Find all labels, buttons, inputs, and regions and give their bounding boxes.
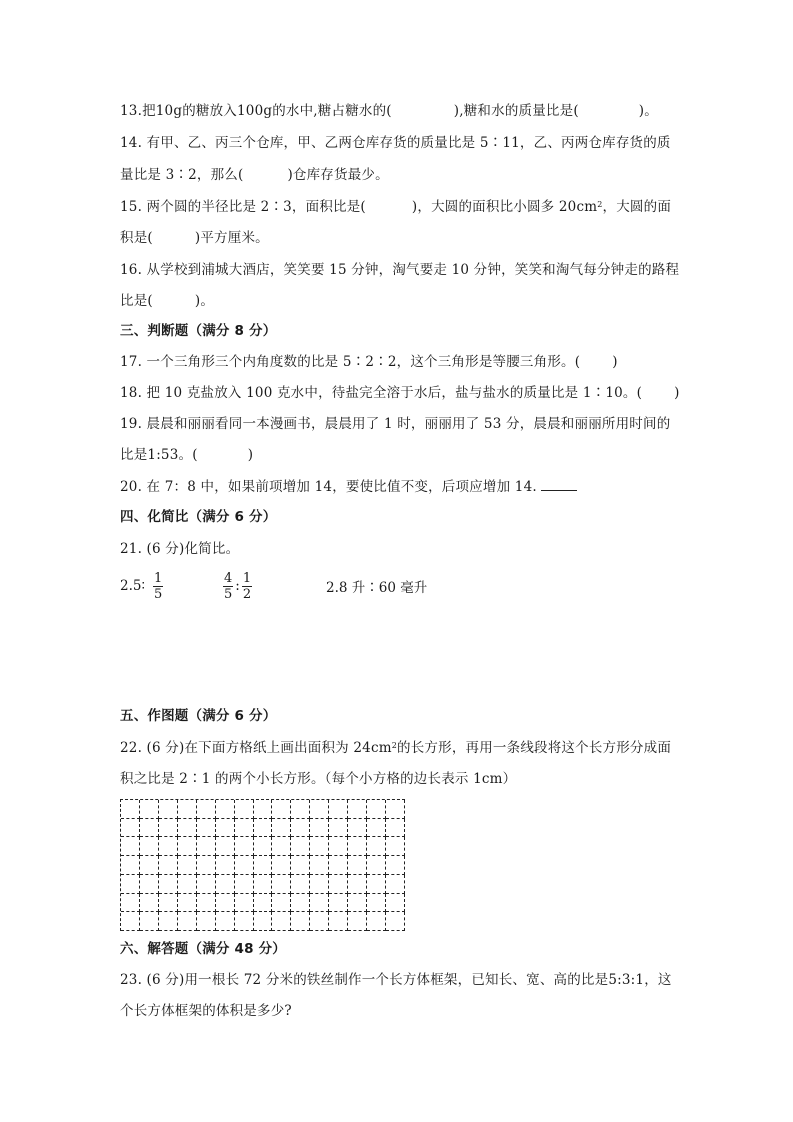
grid-cell <box>254 856 273 875</box>
grid-cell <box>121 894 140 913</box>
grid-cell <box>367 875 386 894</box>
grid-cell <box>254 875 273 894</box>
grid-cell <box>329 837 348 856</box>
grid-cell <box>178 856 197 875</box>
question-14-line-1: 14. 有甲、乙、丙三个仓库，甲、乙两仓库存货的质量比是 5∶11，乙、丙两仓库… <box>120 134 680 152</box>
fraction-numerator: 4 <box>223 572 233 587</box>
graph-paper-grid[interactable] <box>120 799 405 931</box>
grid-cell <box>254 894 273 913</box>
q21-expr2-fraction-2: 1 2 <box>242 572 252 601</box>
grid-cell <box>310 837 329 856</box>
grid-cell <box>159 800 178 819</box>
q22-text-a: 22. (6 分)在下面方格纸上画出面积为 24cm <box>120 740 392 756</box>
grid-cell <box>216 800 235 819</box>
grid-cell <box>140 856 159 875</box>
grid-cell <box>235 894 254 913</box>
grid-cell <box>216 894 235 913</box>
grid-cell <box>178 912 197 931</box>
q13-text-1: 13.把10g的糖放入100g的水中,糖占糖水的( <box>120 103 392 119</box>
question-20: 20. 在 7：8 中，如果前项增加 14，要使比值不变，后项应增加 14. <box>120 478 680 496</box>
q18-close: ) <box>674 385 679 401</box>
grid-cell <box>159 912 178 931</box>
q22-superscript: 2 <box>392 741 397 750</box>
q17-text: 17. 一个三角形三个内角度数的比是 5∶2∶2，这个三角形是等腰三角形。( <box>120 354 580 370</box>
fraction-denominator: 5 <box>223 587 233 601</box>
q15-text-b: )，大圆的面积比小圆多 20cm <box>412 199 597 215</box>
grid-cell <box>272 912 291 931</box>
grid-cell <box>235 912 254 931</box>
q15-text-c: ，大圆的面 <box>603 199 672 215</box>
grid-cell <box>272 819 291 838</box>
grid-cell <box>386 912 405 931</box>
question-14-line-2: 量比是 3∶2，那么()仓库存货最少。 <box>120 166 680 184</box>
grid-cell <box>216 837 235 856</box>
grid-cell <box>272 837 291 856</box>
grid-cell <box>348 837 367 856</box>
grid-cell <box>178 837 197 856</box>
grid-cell <box>348 894 367 913</box>
q13-text-3: )。 <box>639 103 658 119</box>
grid-cell <box>367 837 386 856</box>
question-15-line-2: 积是()平方厘米。 <box>120 229 680 247</box>
grid-cell <box>329 894 348 913</box>
grid-cell <box>367 856 386 875</box>
fraction-numerator: 1 <box>242 572 252 587</box>
grid-cell <box>291 800 310 819</box>
fraction-denominator: 5 <box>153 587 163 601</box>
grid-cell <box>140 912 159 931</box>
q21-expression-3: 2.8 升∶60 毫升 <box>326 571 427 601</box>
grid-cell <box>291 912 310 931</box>
q20-text: 20. 在 7：8 中，如果前项增加 14，要使比值不变，后项应增加 14. <box>120 479 537 495</box>
grid-cell <box>159 837 178 856</box>
grid-cell <box>386 800 405 819</box>
grid-cell <box>386 894 405 913</box>
q19-close: ) <box>248 447 253 463</box>
grid-cell <box>140 894 159 913</box>
q18-text: 18. 把 10 克盐放入 100 克水中，待盐完全溶于水后，盐与盐水的质量比是… <box>120 385 642 401</box>
q21-expr1-fraction: 1 5 <box>153 572 163 601</box>
q21-expression-2: 4 5 : 1 2 <box>223 571 252 601</box>
grid-cell <box>348 800 367 819</box>
grid-cell <box>121 800 140 819</box>
question-17: 17. 一个三角形三个内角度数的比是 5∶2∶2，这个三角形是等腰三角形。() <box>120 353 680 371</box>
q16-text-a: 比是( <box>120 293 153 309</box>
q15-text-a: 15. 两个圆的半径比是 2∶3，面积比是( <box>120 199 366 215</box>
grid-cell <box>197 875 216 894</box>
q15-text-e: )平方厘米。 <box>195 230 269 246</box>
section-4-heading: 四、化简比（满分 6 分） <box>120 508 680 526</box>
q22-text-b: 的长方形，再用一条线段将这个长方形分成面 <box>397 740 671 756</box>
grid-cell <box>140 875 159 894</box>
q21-expr1-left: 2.5∶ <box>120 578 145 594</box>
grid-cell <box>329 875 348 894</box>
grid-cell <box>310 856 329 875</box>
grid-cell <box>291 856 310 875</box>
grid-cell <box>121 912 140 931</box>
grid-cell <box>291 819 310 838</box>
grid-cell <box>235 856 254 875</box>
grid-cell <box>140 800 159 819</box>
grid-cell <box>235 819 254 838</box>
grid-cell <box>121 837 140 856</box>
q14-text-b: )仓库存货最少。 <box>287 167 388 183</box>
grid-cell <box>140 819 159 838</box>
grid-cell <box>310 875 329 894</box>
grid-cell <box>178 800 197 819</box>
grid-cell <box>140 837 159 856</box>
grid-cell <box>386 819 405 838</box>
question-19-line-2: 比是1:53。() <box>120 446 680 464</box>
question-22-line-1: 22. (6 分)在下面方格纸上画出面积为 24cm2的长方形，再用一条线段将这… <box>120 739 680 757</box>
grid-cell <box>197 856 216 875</box>
grid-cell <box>216 819 235 838</box>
grid-cell <box>254 912 273 931</box>
grid-cell <box>329 856 348 875</box>
grid-cell <box>178 819 197 838</box>
grid-cell <box>348 856 367 875</box>
question-23-line-1: 23. (6 分)用一根长 72 分米的铁丝制作一个长方体框架，已知长、宽、高的… <box>120 971 680 989</box>
grid-cell <box>291 837 310 856</box>
grid-cell <box>348 819 367 838</box>
section-3-heading: 三、判断题（满分 8 分） <box>120 322 680 340</box>
grid-cell <box>329 912 348 931</box>
grid-cell <box>121 819 140 838</box>
grid-cell <box>329 800 348 819</box>
grid-cell <box>121 875 140 894</box>
q15-superscript: 2 <box>597 200 602 209</box>
grid-cell <box>235 837 254 856</box>
grid-cell <box>216 875 235 894</box>
grid-cell <box>197 912 216 931</box>
grid-cell <box>197 837 216 856</box>
section-5-heading: 五、作图题（满分 6 分） <box>120 707 680 725</box>
grid-cell <box>310 800 329 819</box>
question-15-line-1: 15. 两个圆的半径比是 2∶3，面积比是()，大圆的面积比小圆多 20cm2，… <box>120 198 680 216</box>
q21-expression-1: 2.5∶ 1 5 <box>120 571 163 601</box>
grid-cell <box>367 894 386 913</box>
question-16-line-1: 16. 从学校到浦城大酒店，笑笑要 15 分钟，淘气要走 10 分钟，笑笑和淘气… <box>120 261 680 279</box>
grid-cell <box>386 837 405 856</box>
question-16-line-2: 比是()。 <box>120 292 680 310</box>
q21-expr2-separator: : <box>235 578 240 594</box>
grid-cell <box>329 819 348 838</box>
grid-cell <box>254 819 273 838</box>
grid-cell <box>291 894 310 913</box>
grid-cell <box>216 912 235 931</box>
grid-cell <box>310 894 329 913</box>
grid-cell <box>367 912 386 931</box>
grid-cell <box>254 800 273 819</box>
q14-text-a: 量比是 3∶2，那么( <box>120 167 243 183</box>
fraction-numerator: 1 <box>153 572 163 587</box>
question-23-line-2: 个长方体框架的体积是多少? <box>120 1002 680 1020</box>
q15-text-d: 积是( <box>120 230 153 246</box>
grid-cell <box>159 856 178 875</box>
fraction-denominator: 2 <box>242 587 252 601</box>
grid-cell <box>178 894 197 913</box>
question-13: 13.把10g的糖放入100g的水中,糖占糖水的(),糖和水的质量比是()。 <box>120 102 680 120</box>
q21-expr2-fraction-1: 4 5 <box>223 572 233 601</box>
grid-cell <box>272 894 291 913</box>
grid-cell <box>386 875 405 894</box>
q16-text-b: )。 <box>195 293 214 309</box>
grid-cell <box>197 800 216 819</box>
question-22-line-2: 积之比是 2∶1 的两个小长方形。（每个小方格的边长表示 1cm） <box>120 770 680 788</box>
grid-cell <box>386 856 405 875</box>
grid-cell <box>272 875 291 894</box>
q13-text-2: ),糖和水的质量比是( <box>454 103 579 119</box>
q17-close: ) <box>612 354 617 370</box>
grid-cell <box>216 856 235 875</box>
grid-cell <box>235 875 254 894</box>
grid-cell <box>291 875 310 894</box>
grid-cell <box>178 875 197 894</box>
grid-cell <box>348 912 367 931</box>
section-6-heading: 六、解答题（满分 48 分） <box>120 940 680 958</box>
grid-cell <box>159 875 178 894</box>
grid-cell <box>310 819 329 838</box>
grid-cell <box>367 800 386 819</box>
grid-cell <box>310 912 329 931</box>
grid-cell <box>197 819 216 838</box>
q19-text: 比是1:53。( <box>120 447 198 463</box>
q20-answer-blank[interactable] <box>541 478 577 491</box>
grid-cell <box>159 819 178 838</box>
grid-cell <box>235 800 254 819</box>
q21-expr3-text: 2.8 升∶60 毫升 <box>326 576 427 596</box>
question-21: 21. (6 分)化简比。 <box>120 540 680 558</box>
question-19-line-1: 19. 晨晨和丽丽看同一本漫画书，晨晨用了 1 时，丽丽用了 53 分，晨晨和丽… <box>120 415 680 433</box>
grid-cell <box>159 894 178 913</box>
question-18: 18. 把 10 克盐放入 100 克水中，待盐完全溶于水后，盐与盐水的质量比是… <box>120 384 680 402</box>
grid-cell <box>367 819 386 838</box>
grid-cell <box>348 875 367 894</box>
grid-cell <box>254 837 273 856</box>
grid-cell <box>272 800 291 819</box>
grid-cell <box>121 856 140 875</box>
grid-cell <box>197 894 216 913</box>
grid-cell <box>272 856 291 875</box>
